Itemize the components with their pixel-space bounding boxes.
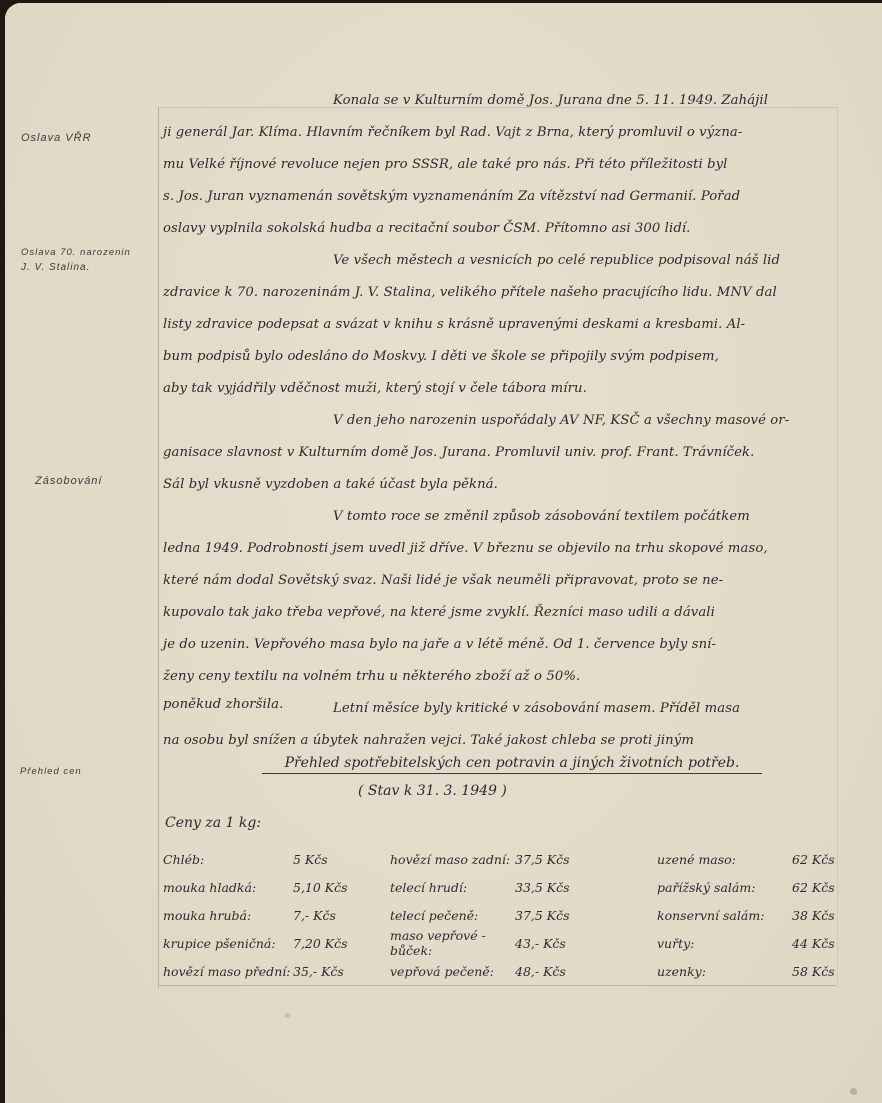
price-overview-title: Přehled spotřebitelských cen potravin a … bbox=[262, 755, 762, 774]
paragraph-zasobovani-line: V tomto roce se změnil způsob zásobování… bbox=[163, 509, 882, 524]
price-item: uzené maso: bbox=[657, 852, 792, 867]
paragraph-stalin-line: zdravice k 70. narozeninám J. V. Stalina… bbox=[163, 285, 835, 300]
price-value: 33,5 Kčs bbox=[515, 880, 570, 895]
text-frame-bottom-rule bbox=[158, 985, 836, 986]
paragraph-vrr-line: ji generál Jar. Klíma. Hlavním řečníkem … bbox=[163, 125, 835, 140]
price-row: telecí hrudí:33,5 Kčs bbox=[390, 873, 570, 901]
price-item: telecí hrudí: bbox=[390, 880, 515, 895]
price-item: pařížský salám: bbox=[657, 880, 792, 895]
paragraph-vrr-line: s. Jos. Juran vyznamenán sovětským vyzna… bbox=[163, 189, 835, 204]
paragraph-stalin-line: Ve všech městech a vesnicích po celé rep… bbox=[163, 253, 882, 268]
price-item: mouka hladká: bbox=[163, 880, 293, 895]
paragraph-zasobovani-line: je do uzenin. Vepřového masa bylo na jař… bbox=[163, 637, 835, 652]
price-row: vepřová pečeně:48,- Kčs bbox=[390, 957, 570, 985]
paragraph-stalin-line: bum podpisů bylo odesláno do Moskvy. I d… bbox=[163, 349, 835, 364]
paragraph-summer-last-line: poněkud zhoršila. bbox=[163, 697, 835, 712]
paragraph-stalin-line: aby tak vyjádřily vděčnost muži, který s… bbox=[163, 381, 835, 396]
price-value: 5 Kčs bbox=[293, 852, 328, 867]
price-item: konservní salám: bbox=[657, 908, 792, 923]
paragraph-zasobovani-line: které nám dodal Sovětský svaz. Naši lidé… bbox=[163, 573, 835, 588]
price-item: vepřová pečeně: bbox=[390, 964, 515, 979]
price-value: 35,- Kčs bbox=[293, 964, 344, 979]
price-value: 5,10 Kčs bbox=[293, 880, 348, 895]
price-unit-label: Ceny za 1 kg: bbox=[165, 815, 261, 831]
paragraph-stalin-line: listy zdravice podepsat a svázat v knihu… bbox=[163, 317, 835, 332]
price-item: telecí pečeně: bbox=[390, 908, 515, 923]
price-row: uzené maso:62 Kčs bbox=[657, 845, 835, 873]
price-row: pařížský salám:62 Kčs bbox=[657, 873, 835, 901]
price-item: Chléb: bbox=[163, 852, 293, 867]
price-column-3: uzené maso:62 Kčs pařížský salám:62 Kčs … bbox=[657, 845, 835, 985]
chronicle-page: Oslava VŘR Oslava 70. narozenin J. V. St… bbox=[5, 3, 882, 1100]
price-row: mouka hrubá:7,- Kčs bbox=[163, 901, 348, 929]
price-value: 38 Kčs bbox=[792, 908, 835, 923]
price-value: 62 Kčs bbox=[792, 880, 835, 895]
paragraph-celebration-line: V den jeho narozenin uspořádaly AV NF, K… bbox=[163, 413, 882, 428]
price-value: 58 Kčs bbox=[792, 964, 835, 979]
price-value: 43,- Kčs bbox=[515, 936, 566, 951]
margin-note-oslava-70-line2: J. V. Stalina. bbox=[21, 261, 90, 275]
price-column-1: Chléb:5 Kčs mouka hladká:5,10 Kčs mouka … bbox=[163, 845, 348, 985]
price-value: 37,5 Kčs bbox=[515, 908, 570, 923]
price-item: vuřty: bbox=[657, 936, 792, 951]
paragraph-vrr-line: mu Velké říjnové revoluce nejen pro SSSR… bbox=[163, 157, 835, 172]
margin-note-oslava-70-line1: Oslava 70. narozenin bbox=[21, 246, 131, 260]
price-row: konservní salám:38 Kčs bbox=[657, 901, 835, 929]
margin-note-prehled-cen: Přehled cen bbox=[20, 765, 82, 779]
margin-note-oslava-vrr: Oslava VŘR bbox=[21, 131, 92, 145]
price-row: vuřty:44 Kčs bbox=[657, 929, 835, 957]
price-row: mouka hladká:5,10 Kčs bbox=[163, 873, 348, 901]
price-value: 48,- Kčs bbox=[515, 964, 566, 979]
price-row: hovězí maso přední:35,- Kčs bbox=[163, 957, 348, 985]
price-value: 7,- Kčs bbox=[293, 908, 336, 923]
paper-stain bbox=[850, 1088, 857, 1095]
price-item: hovězí maso přední: bbox=[163, 964, 293, 979]
paragraph-zasobovani-line: ženy ceny textilu na volném trhu u někte… bbox=[163, 669, 835, 684]
paragraph-celebration-line: Sál byl vkusně vyzdoben a také účast byl… bbox=[163, 477, 835, 492]
price-item: krupice pšeničná: bbox=[163, 936, 293, 951]
price-item: uzenky: bbox=[657, 964, 792, 979]
price-column-2: hovězí maso zadní:37,5 Kčs telecí hrudí:… bbox=[390, 845, 570, 985]
price-value: 62 Kčs bbox=[792, 852, 835, 867]
paragraph-vrr-line: Konala se v Kulturním domě Jos. Jurana d… bbox=[163, 93, 882, 108]
price-value: 7,20 Kčs bbox=[293, 936, 348, 951]
price-item: hovězí maso zadní: bbox=[390, 852, 515, 867]
price-row: krupice pšeničná:7,20 Kčs bbox=[163, 929, 348, 957]
price-row: hovězí maso zadní:37,5 Kčs bbox=[390, 845, 570, 873]
price-value: 37,5 Kčs bbox=[515, 852, 570, 867]
price-row: uzenky:58 Kčs bbox=[657, 957, 835, 985]
paragraph-vrr-line: oslavy vyplnila sokolská hudba a recitač… bbox=[163, 221, 835, 236]
margin-note-zasobovani: Zásobování bbox=[35, 474, 102, 488]
price-item: mouka hrubá: bbox=[163, 908, 293, 923]
price-value: 44 Kčs bbox=[792, 936, 835, 951]
paragraph-zasobovani-line: kupovalo tak jako třeba vepřové, na kter… bbox=[163, 605, 835, 620]
price-row: maso vepřové - bůček:43,- Kčs bbox=[390, 929, 570, 957]
paragraph-celebration-line: ganisace slavnost v Kulturním domě Jos. … bbox=[163, 445, 835, 460]
paper-stain bbox=[285, 1013, 290, 1018]
paragraph-summer-line: na osobu byl snížen a úbytek nahražen ve… bbox=[163, 733, 835, 748]
price-item: maso vepřové - bůček: bbox=[390, 928, 515, 958]
price-row: telecí pečeně:37,5 Kčs bbox=[390, 901, 570, 929]
price-row: Chléb:5 Kčs bbox=[163, 845, 348, 873]
price-overview-subtitle: ( Stav k 31. 3. 1949 ) bbox=[358, 783, 507, 799]
paragraph-zasobovani-line: ledna 1949. Podrobnosti jsem uvedl již d… bbox=[163, 541, 835, 556]
